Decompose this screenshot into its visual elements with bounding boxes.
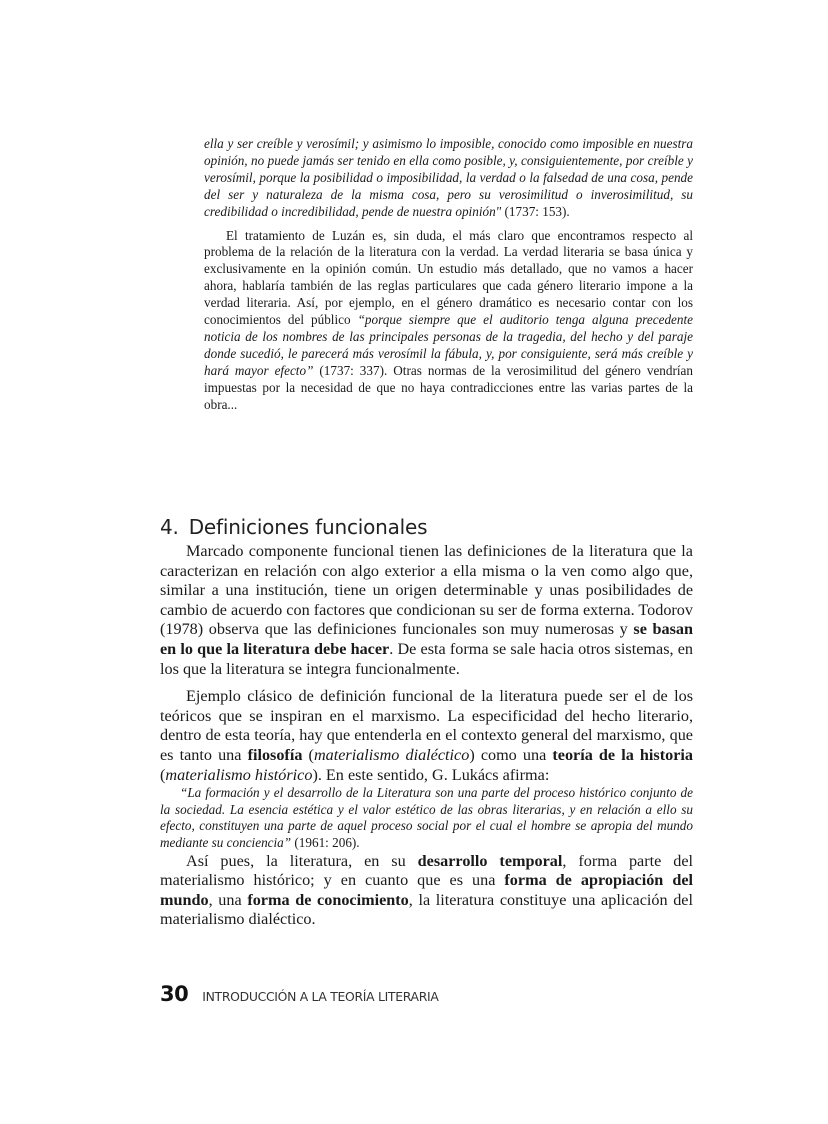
emphasis-bold: forma de conocimiento <box>247 891 408 909</box>
inset-quotation-block: ella y ser creíble y verosímil; y asimis… <box>204 136 693 414</box>
paragraph-text: ) como una <box>469 746 552 764</box>
paragraph-text: , una <box>209 891 248 909</box>
page-number: 30 <box>160 982 188 1006</box>
body-paragraph-1: Marcado componente funcional tienen las … <box>160 542 693 679</box>
book-page: ella y ser creíble y verosímil; y asimis… <box>0 0 828 1124</box>
citation: (1961: 206). <box>291 835 360 850</box>
section-title: Definiciones funcionales <box>189 515 428 539</box>
paragraph-text: ). En este sentido, G. Lukács afirma: <box>312 766 549 784</box>
quote-text: ella y ser creíble y verosímil; y asimis… <box>204 136 693 219</box>
running-title: INTRODUCCIÓN A LA TEORÍA LITERARIA <box>202 989 438 1004</box>
paragraph-text: Así pues, la literatura, en su <box>186 852 418 870</box>
paragraph-text: Marcado componente funcional tienen las … <box>160 542 693 638</box>
citation: (1737: 153). <box>501 204 570 219</box>
inset-paragraph: El tratamiento de Luzán es, sin duda, el… <box>204 228 693 414</box>
section-number: 4. <box>160 515 179 539</box>
body-text: Marcado componente funcional tienen las … <box>160 542 693 930</box>
inset-quote-continuation: ella y ser creíble y verosímil; y asimis… <box>204 136 693 221</box>
body-paragraph-2: Ejemplo clásico de definición funcional … <box>160 687 693 785</box>
emphasis-bold: filosofía <box>248 746 303 764</box>
section-heading: 4.Definiciones funcionales <box>160 515 427 539</box>
emphasis-italic: materialismo histórico <box>165 766 312 784</box>
body-paragraph-3: Así pues, la literatura, en su desarroll… <box>160 852 693 930</box>
emphasis-italic: materialismo dialéctico <box>314 746 469 764</box>
block-quote-lukacs: “La formación y el desarrollo de la Lite… <box>160 785 693 851</box>
block-quote-inner: “La formación y el desarrollo de la Lite… <box>160 785 693 851</box>
emphasis-bold: teoría de la historia <box>552 746 693 764</box>
quote-text: “La formación y el desarrollo de la Lite… <box>160 785 693 850</box>
page-footer: 30 INTRODUCCIÓN A LA TEORÍA LITERARIA <box>160 982 439 1006</box>
paragraph-text: ( <box>302 746 314 764</box>
emphasis-bold: desarrollo temporal <box>418 852 563 870</box>
